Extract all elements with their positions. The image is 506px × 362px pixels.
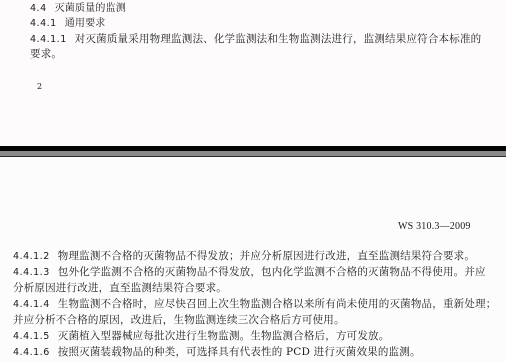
clause-4-4-1-1-line2: 要求。 [30, 47, 62, 61]
clause-4-4-1-6: 4.4.1.6按照灭菌装载物品的种类，可选择具有代表性的 PCD 进行灭菌效果的… [13, 345, 421, 360]
subsection-heading: 4.4.1通用要求 [30, 17, 106, 31]
clause-4-4-1-1-line1: 4.4.1.1对灭菌质量采用物理监测法、化学监测法和生物监测法进行，监测结果应符… [30, 32, 481, 47]
page-number: 2 [37, 82, 42, 91]
clause-4-4-1-4-line2: 并应分析不合格的原因，改进后，生物监测连续三次合格后方可使用。 [13, 313, 345, 327]
clause-4-4-1-2: 4.4.1.2物理监测不合格的灭菌物品不得发放；并应分析原因进行改进，直至监测结… [13, 249, 475, 264]
clause-4-4-1-5: 4.4.1.5灭菌植入型器械应每批次进行生物监测。生物监测合格后，方可发放。 [13, 329, 389, 344]
standard-code: WS 310.3—2009 [398, 221, 471, 232]
clause-4-4-1-3-line1: 4.4.1.3包外化学监测不合格的灭菌物品不得发放，包内化学监测不合格的灭菌物品… [13, 265, 486, 280]
clause-4-4-1-4-line1: 4.4.1.4生物监测不合格时，应尽快召回上次生物监测合格以来所有尚未使用的灭菌… [13, 297, 496, 312]
section-heading: 4.4灭菌质量的监测 [30, 2, 126, 16]
previous-page: 4.4灭菌质量的监测 4.4.1通用要求 4.4.1.1对灭菌质量采用物理监测法… [0, 0, 506, 146]
clause-4-4-1-3-line2: 分析原因进行改进，直至监测结果符合要求。 [13, 281, 227, 295]
